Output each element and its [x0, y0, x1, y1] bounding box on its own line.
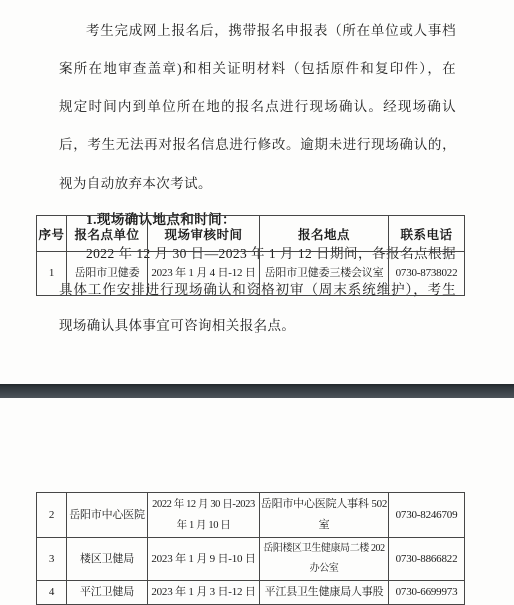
cell-serial: 1 — [37, 252, 67, 296]
document-page-4: 2 岳阳市中心医院 2022 年 12 月 30 日-2023 年 1 月 10… — [0, 398, 514, 605]
cell-location: 岳阳楼区卫生健康局二楼 202 办公室 — [260, 538, 389, 581]
cell-review-time: 2023 年 1 月 3 日-12 日 — [148, 581, 260, 605]
paragraph-line: 视为自动放弃本次考试。 — [59, 172, 456, 197]
header-cell-review-time: 现场审核时间 — [148, 216, 260, 252]
cell-serial: 3 — [37, 538, 67, 581]
cell-location: 岳阳市中心医院人事科 502 室 — [260, 493, 389, 538]
cell-unit: 楼区卫健局 — [67, 538, 148, 581]
header-cell-location: 报名地点 — [260, 216, 389, 252]
body-text: 考生完成网上报名后，携带报名申报表（所在单位或人事档 案所在地审查盖章)和相关证… — [59, 5, 456, 351]
cell-unit: 平江卫健局 — [67, 581, 148, 605]
page-number: 3 — [0, 326, 514, 338]
table-row: 1 岳阳市卫健委 2023 年 1 月 4 日-12 日 岳阳市卫健委三楼会议室… — [37, 252, 465, 296]
cell-review-time: 2023 年 1 月 9 日-10 日 — [148, 538, 260, 581]
registration-table-page3: 序号 报名点单位 现场审核时间 报名地点 联系电话 1 岳阳市卫健委 2023 … — [36, 215, 465, 296]
cell-unit: 岳阳市卫健委 — [67, 252, 148, 296]
page-separator-bar — [0, 384, 514, 398]
cell-location: 平江县卫生健康局人事股 — [260, 581, 389, 605]
document-viewer: 考生完成网上报名后，携带报名申报表（所在单位或人事档 案所在地审查盖章)和相关证… — [0, 0, 514, 605]
paragraph-line: 规定时间内到单位所在地的报名点进行现场确认。经现场确认 — [59, 95, 456, 120]
registration-table-page4: 2 岳阳市中心医院 2022 年 12 月 30 日-2023 年 1 月 10… — [36, 492, 465, 605]
table-row: 4 平江卫健局 2023 年 1 月 3 日-12 日 平江县卫生健康局人事股 … — [37, 581, 465, 605]
header-cell-phone: 联系电话 — [389, 216, 465, 252]
cell-review-time: 2022 年 12 月 30 日-2023 年 1 月 10 日 — [148, 493, 260, 538]
table-header-row: 序号 报名点单位 现场审核时间 报名地点 联系电话 — [37, 216, 465, 252]
table-row: 2 岳阳市中心医院 2022 年 12 月 30 日-2023 年 1 月 10… — [37, 493, 465, 538]
cell-phone: 0730-8866822 — [389, 538, 465, 581]
paragraph-line: 案所在地审查盖章)和相关证明材料（包括原件和复印件），在 — [59, 57, 456, 82]
cell-phone: 0730-8246709 — [389, 493, 465, 538]
cell-serial: 2 — [37, 493, 67, 538]
cell-location: 岳阳市卫健委三楼会议室 — [260, 252, 389, 296]
cell-phone: 0730-6699973 — [389, 581, 465, 605]
header-cell-serial: 序号 — [37, 216, 67, 252]
table-row: 3 楼区卫健局 2023 年 1 月 9 日-10 日 岳阳楼区卫生健康局二楼 … — [37, 538, 465, 581]
cell-serial: 4 — [37, 581, 67, 605]
paragraph-line: 后，考生无法再对报名信息进行修改。逾期未进行现场确认的， — [59, 133, 456, 158]
header-cell-unit: 报名点单位 — [67, 216, 148, 252]
document-page-3: 考生完成网上报名后，携带报名申报表（所在单位或人事档 案所在地审查盖章)和相关证… — [0, 0, 514, 384]
cell-unit: 岳阳市中心医院 — [67, 493, 148, 538]
paragraph-line: 考生完成网上报名后，携带报名申报表（所在单位或人事档 — [59, 19, 456, 44]
cell-phone: 0730-8738022 — [389, 252, 465, 296]
cell-review-time: 2023 年 1 月 4 日-12 日 — [148, 252, 260, 296]
